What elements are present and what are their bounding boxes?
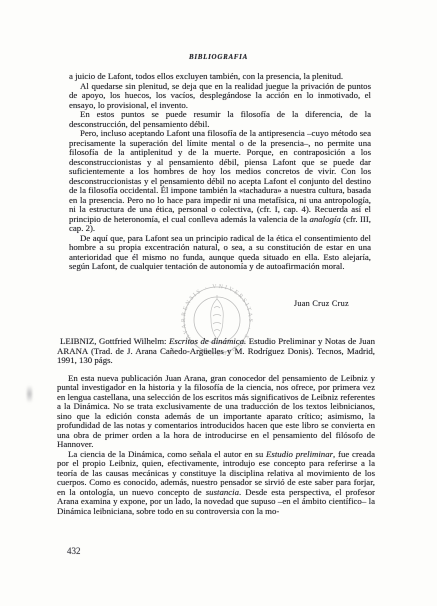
page-number: 432 [67,546,81,556]
review-body-leibniz: LEIBNIZ, Gottfried Wilhelm: Escritos de … [57,337,375,516]
paragraph: En esta nueva publicación Juan Arana, gr… [57,374,375,450]
paragraph-text: La ciencia de la Dinámica, como señala e… [68,449,266,459]
bibliography-entry: LEIBNIZ, Gottfried Wilhelm: Escritos de … [57,337,375,366]
entry-title: Escritos de dinámica. [169,336,246,346]
paragraph: En estos puntos se puede resumir la filo… [69,110,371,129]
stamp-seal-figure [211,295,224,339]
italic-term: Estudio preliminar [266,449,333,459]
italic-term: analogía [309,214,340,224]
paragraph-text: Pero, incluso aceptando Lafont una filos… [69,128,371,224]
scanned-page: BIBLIOGRAFIA NAVARRENSIS · VNIVERSITAS ·… [0,0,437,606]
scan-artifact-smudge [27,385,32,403]
review-body-lafont: a juicio de Lafont, todos ellos excluyen… [69,72,371,272]
paragraph: De aquí que, para Lafont sea un principi… [69,234,371,272]
paragraph: Pero, incluso aceptando Lafont una filos… [69,129,371,234]
author-signature: Juan Cruz Cruz [294,299,349,308]
italic-term: sustancia [206,487,239,497]
paragraph: La ciencia de la Dinámica, como señala e… [57,450,375,517]
entry-author: LEIBNIZ, Gottfried Wilhelm: [60,336,169,346]
paragraph: Al quedarse sin plenitud, se deja que en… [69,82,371,111]
running-header: BIBLIOGRAFIA [0,53,437,61]
